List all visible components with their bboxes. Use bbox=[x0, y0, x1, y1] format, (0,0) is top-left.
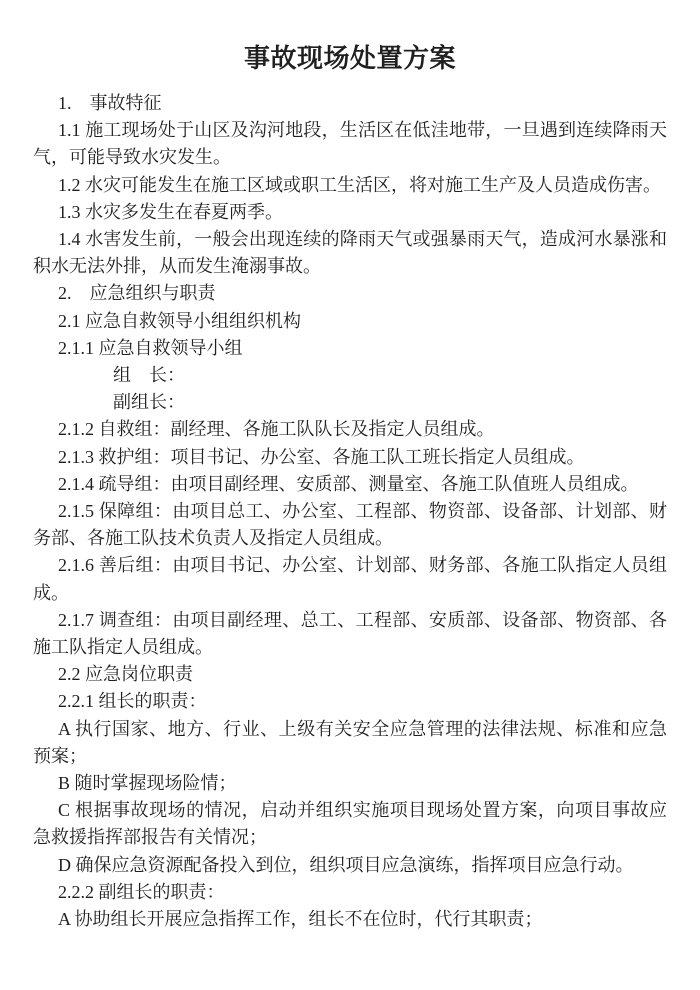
document-page: 事故现场处置方案 1. 事故特征 1.1 施工现场处于山区及沟河地段，生活区在低… bbox=[0, 0, 700, 990]
para-2-1-4: 2.1.4 疏导组：由项目副经理、安质部、测量室、各施工队值班人员组成。 bbox=[33, 471, 667, 498]
line-group-leader: 组 长： bbox=[33, 362, 667, 389]
para-2-1: 2.1 应急自救领导小组组织机构 bbox=[33, 308, 667, 335]
item-leader-duty-d: D 确保应急资源配备投入到位，组织项目应急演练，指挥项目应急行动。 bbox=[33, 852, 667, 879]
item-leader-duty-c: C 根据事故现场的情况，启动并组织实施项目现场处置方案，向项目事故应急救援指挥部… bbox=[33, 797, 667, 851]
para-2-1-2: 2.1.2 自救组：副经理、各施工队队长及指定人员组成。 bbox=[33, 416, 667, 443]
item-leader-duty-b: B 随时掌握现场险情； bbox=[33, 770, 667, 797]
para-section-2: 2. 应急组织与职责 bbox=[33, 280, 667, 307]
item-leader-duty-a: A 执行国家、地方、行业、上级有关安全应急管理的法律法规、标准和应急预案； bbox=[33, 716, 667, 770]
document-title: 事故现场处置方案 bbox=[33, 40, 667, 77]
para-1-4: 1.4 水害发生前，一般会出现连续的降雨天气或强暴雨天气，造成河水暴涨和积水无法… bbox=[33, 226, 667, 280]
para-2-1-1: 2.1.1 应急自救领导小组 bbox=[33, 335, 667, 362]
para-2-1-6: 2.1.6 善后组：由项目书记、办公室、计划部、财务部、各施工队指定人员组成。 bbox=[33, 552, 667, 606]
line-deputy-leader: 副组长： bbox=[33, 389, 667, 416]
document-body: 1. 事故特征 1.1 施工现场处于山区及沟河地段，生活区在低洼地带，一旦遇到连… bbox=[33, 90, 667, 933]
para-2-1-3: 2.1.3 救护组：项目书记、办公室、各施工队工班长指定人员组成。 bbox=[33, 444, 667, 471]
para-1-2: 1.2 水灾可能发生在施工区域或职工生活区，将对施工生产及人员造成伤害。 bbox=[33, 172, 667, 199]
para-section-1: 1. 事故特征 bbox=[33, 90, 667, 117]
item-deputy-duty-a: A 协助组长开展应急指挥工作，组长不在位时，代行其职责； bbox=[33, 906, 667, 933]
para-2-1-7: 2.1.7 调查组：由项目副经理、总工、工程部、安质部、设备部、物资部、各施工队… bbox=[33, 607, 667, 661]
para-1-3: 1.3 水灾多发生在春夏两季。 bbox=[33, 199, 667, 226]
para-2-2: 2.2 应急岗位职责 bbox=[33, 661, 667, 688]
para-2-1-5: 2.1.5 保障组：由项目总工、办公室、工程部、物资部、设备部、计划部、财务部、… bbox=[33, 498, 667, 552]
para-2-2-1: 2.2.1 组长的职责： bbox=[33, 688, 667, 715]
para-2-2-2: 2.2.2 副组长的职责： bbox=[33, 879, 667, 906]
para-1-1: 1.1 施工现场处于山区及沟河地段，生活区在低洼地带，一旦遇到连续降雨天气，可能… bbox=[33, 117, 667, 171]
